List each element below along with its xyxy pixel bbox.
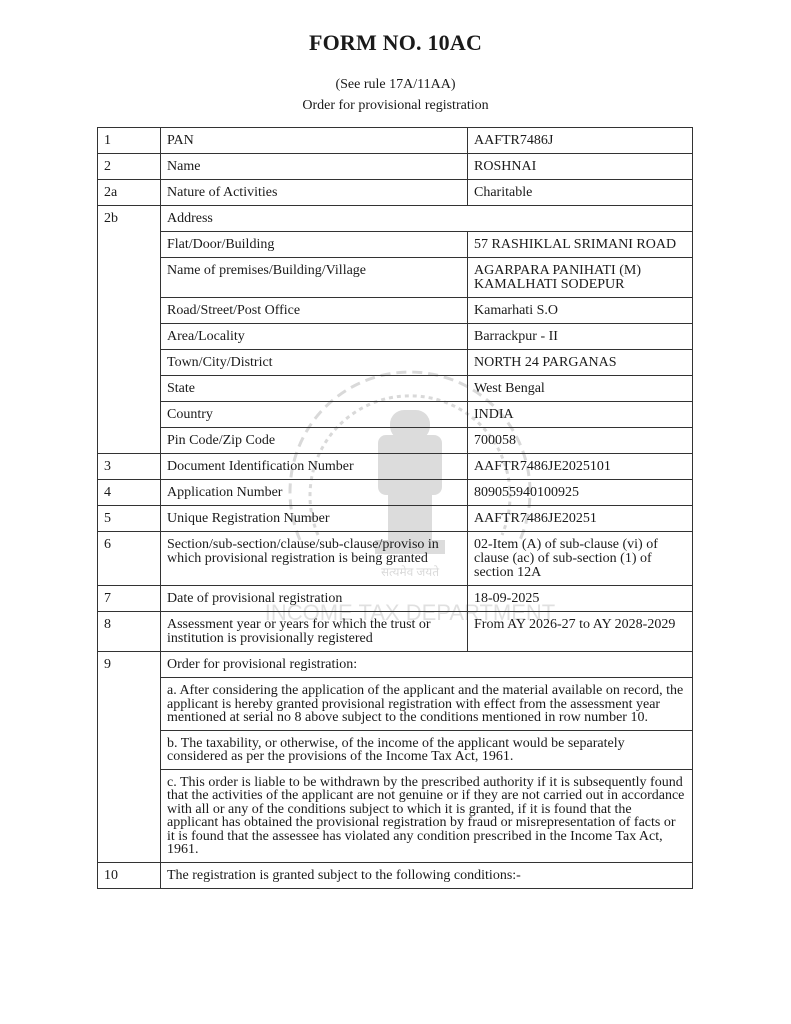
table-row: c. This order is liable to be withdrawn … [98,769,693,862]
table-row: a. After considering the application of … [98,678,693,731]
serial-number: 8 [98,612,161,652]
address-field-value: AGARPARA PANIHATI (M) KAMALHATI SODEPUR [468,258,693,298]
serial-number: 3 [98,454,161,480]
name-value: ROSHNAI [468,154,693,180]
name-label: Name [161,154,468,180]
serial-spacer [98,298,161,324]
table-row: 7 Date of provisional registration 18-09… [98,586,693,612]
table-row: 8 Assessment year or years for which the… [98,612,693,652]
serial-spacer [98,402,161,428]
table-row: 6 Section/sub-section/clause/sub-clause/… [98,532,693,586]
rule-reference: (See rule 17A/11AA) [0,77,791,93]
address-heading: Address [161,206,693,232]
serial-number: 4 [98,480,161,506]
address-field-value: Barrackpur - II [468,324,693,350]
pan-label: PAN [161,128,468,154]
serial-spacer [98,350,161,376]
serial-spacer [98,232,161,258]
form-subtitle: Order for provisional registration [0,98,791,114]
unique-registration-number-label: Unique Registration Number [161,506,468,532]
address-field-label: Name of premises/Building/Village [161,258,468,298]
serial-number: 1 [98,128,161,154]
address-field-value: INDIA [468,402,693,428]
registration-details-table: 1 PAN AAFTR7486J 2 Name ROSHNAI 2a Natur… [97,127,693,889]
unique-registration-number-value: AAFTR7486JE20251 [468,506,693,532]
table-row: 5 Unique Registration Number AAFTR7486JE… [98,506,693,532]
table-row: 2b Address [98,206,693,232]
table-row: 10 The registration is granted subject t… [98,862,693,888]
registration-date-label: Date of provisional registration [161,586,468,612]
serial-spacer [98,769,161,862]
serial-spacer [98,428,161,454]
address-field-label: Area/Locality [161,324,468,350]
table-row: Road/Street/Post Office Kamarhati S.O [98,298,693,324]
serial-spacer [98,730,161,769]
pan-value: AAFTR7486J [468,128,693,154]
section-label: Section/sub-section/clause/sub-clause/pr… [161,532,468,586]
document-id-value: AAFTR7486JE2025101 [468,454,693,480]
address-field-label: Flat/Door/Building [161,232,468,258]
serial-number: 2 [98,154,161,180]
table-row: 2a Nature of Activities Charitable [98,180,693,206]
table-row: State West Bengal [98,376,693,402]
table-row: 2 Name ROSHNAI [98,154,693,180]
order-paragraph-a: a. After considering the application of … [161,678,693,731]
serial-number: 2b [98,206,161,232]
table-row: 1 PAN AAFTR7486J [98,128,693,154]
serial-spacer [98,258,161,298]
address-field-label: Country [161,402,468,428]
serial-number: 10 [98,862,161,888]
serial-spacer [98,376,161,402]
conditions-heading: The registration is granted subject to t… [161,862,693,888]
section-value: 02-Item (A) of sub-clause (vi) of clause… [468,532,693,586]
table-row: Flat/Door/Building 57 RASHIKLAL SRIMANI … [98,232,693,258]
serial-number: 9 [98,652,161,678]
address-field-value: 700058 [468,428,693,454]
table-row: Area/Locality Barrackpur - II [98,324,693,350]
registration-date-value: 18-09-2025 [468,586,693,612]
serial-number: 7 [98,586,161,612]
table-row: Town/City/District NORTH 24 PARGANAS [98,350,693,376]
nature-of-activities-value: Charitable [468,180,693,206]
table-row: b. The taxability, or otherwise, of the … [98,730,693,769]
application-number-label: Application Number [161,480,468,506]
serial-number: 6 [98,532,161,586]
form-title: FORM NO. 10AC [0,30,791,56]
document-id-label: Document Identification Number [161,454,468,480]
table-row: Pin Code/Zip Code 700058 [98,428,693,454]
address-field-value: West Bengal [468,376,693,402]
address-field-value: NORTH 24 PARGANAS [468,350,693,376]
order-heading: Order for provisional registration: [161,652,693,678]
table-row: 3 Document Identification Number AAFTR74… [98,454,693,480]
assessment-years-label: Assessment year or years for which the t… [161,612,468,652]
address-field-label: Town/City/District [161,350,468,376]
address-field-label: Pin Code/Zip Code [161,428,468,454]
address-field-value: Kamarhati S.O [468,298,693,324]
table-row: Country INDIA [98,402,693,428]
address-field-label: State [161,376,468,402]
assessment-years-value: From AY 2026-27 to AY 2028-2029 [468,612,693,652]
serial-spacer [98,678,161,731]
application-number-value: 809055940100925 [468,480,693,506]
serial-spacer [98,324,161,350]
address-field-value: 57 RASHIKLAL SRIMANI ROAD [468,232,693,258]
order-paragraph-b: b. The taxability, or otherwise, of the … [161,730,693,769]
order-paragraph-c: c. This order is liable to be withdrawn … [161,769,693,862]
serial-number: 2a [98,180,161,206]
table-row: 9 Order for provisional registration: [98,652,693,678]
nature-of-activities-label: Nature of Activities [161,180,468,206]
address-field-label: Road/Street/Post Office [161,298,468,324]
table-row: 4 Application Number 809055940100925 [98,480,693,506]
serial-number: 5 [98,506,161,532]
table-row: Name of premises/Building/Village AGARPA… [98,258,693,298]
